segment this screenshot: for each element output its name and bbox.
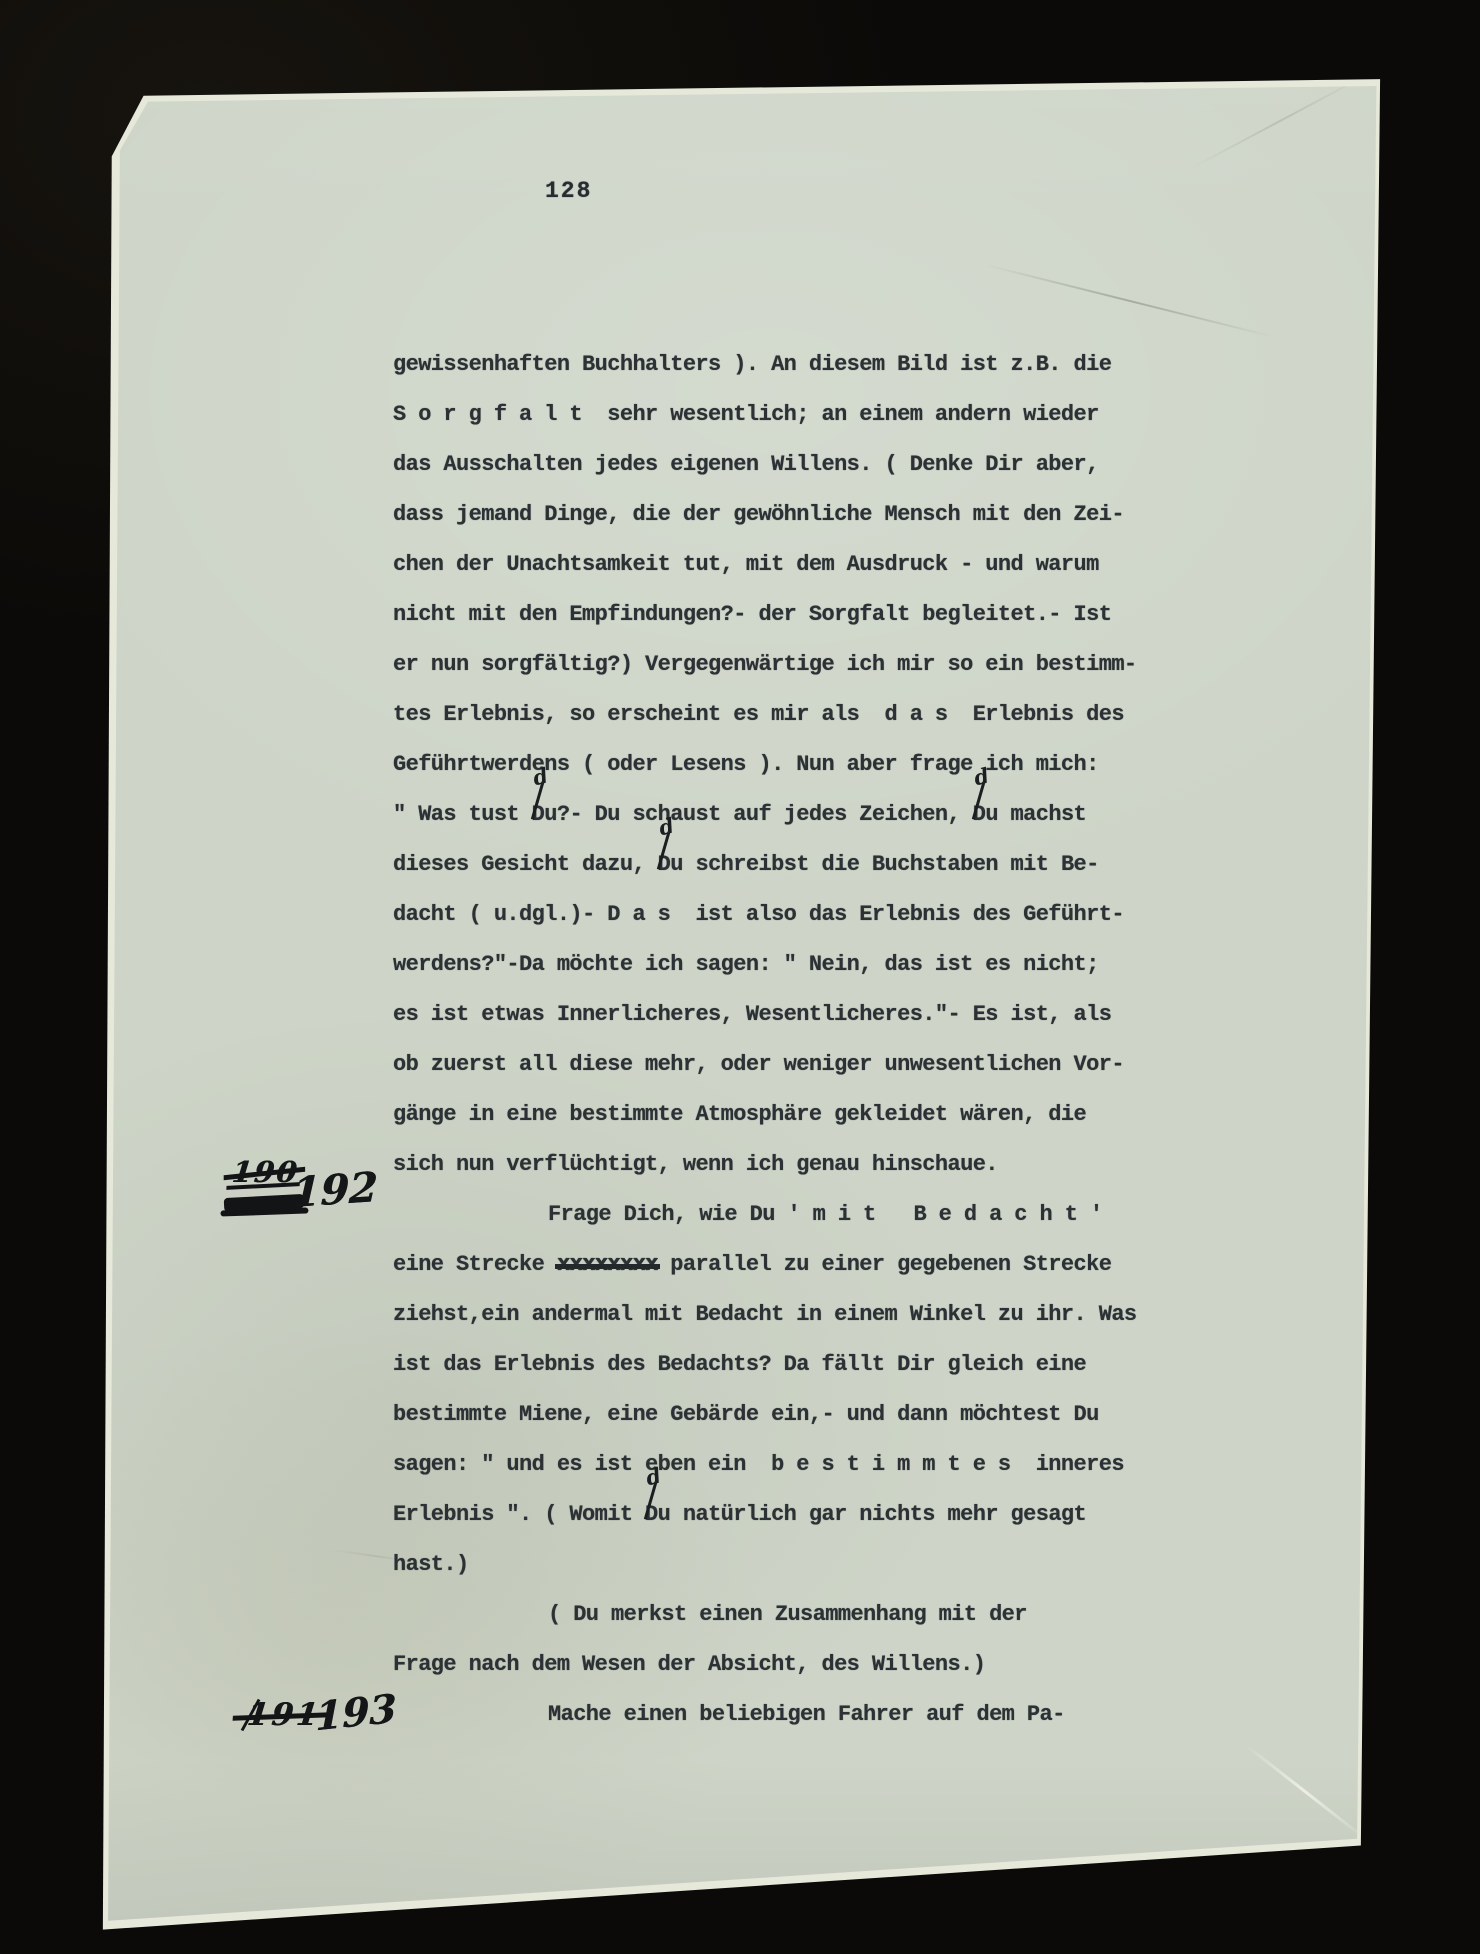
typescript-line: werdens?"-Da möchte ich sagen: " Nein, d… [393, 940, 1183, 990]
typescript-line: Frage Dich, wie Du ' m i t B e d a c h t… [393, 1190, 1183, 1240]
typed-text: Mache einen beliebigen Fahrer auf dem Pa… [548, 1702, 1065, 1727]
typed-text: ?- Du schaust auf jedes Zeichen, [557, 802, 973, 827]
typed-text: Frage Dich, wie Du ' m i t B e d a c h t… [548, 1202, 1103, 1227]
typed-text: Frage nach dem Wesen der Absicht, des Wi… [393, 1652, 985, 1677]
photo-of-typescript: 128 gewissenhaften Buchhalters ). An die… [0, 0, 1480, 1954]
typed-text: tes Erlebnis, so erscheint es mir als d … [393, 702, 1124, 727]
manuscript-page: 128 gewissenhaften Buchhalters ). An die… [0, 0, 1480, 1954]
typed-text: chen der Unachtsamkeit tut, mit dem Ausd… [393, 552, 1099, 577]
typescript-line: ist das Erlebnis des Bedachts? Da fällt … [393, 1340, 1183, 1390]
typed-text: hast.) [393, 1552, 469, 1577]
handwritten-correction-du: Dud [645, 1490, 670, 1540]
typescript-line: " Was tust Dud?- Du schaust auf jedes Ze… [393, 790, 1183, 840]
typed-over-deletion: xxxxxxxx [557, 1252, 658, 1277]
typed-text: er nun sorgfältig?) Vergegenwärtige ich … [393, 652, 1137, 677]
typescript-line: das Ausschalten jedes eigenen Willens. (… [393, 440, 1183, 490]
typescript-line: tes Erlebnis, so erscheint es mir als d … [393, 690, 1183, 740]
typed-text: ob zuerst all diese mehr, oder weniger u… [393, 1052, 1124, 1077]
typescript-line: ( Du merkst einen Zusammenhang mit der [393, 1590, 1183, 1640]
typed-text: schreibst die Buchstaben mit Be- [683, 852, 1099, 877]
handwritten-correction-du: Dud [658, 840, 683, 890]
typed-text: ( Du merkst einen Zusammenhang mit der [548, 1602, 1027, 1627]
paper-crease [984, 264, 1276, 339]
typed-text: dieses Gesicht dazu, [393, 852, 658, 877]
typescript-line: sagen: " und es ist eben ein b e s t i m… [393, 1440, 1183, 1490]
typed-text: Erlebnis ". ( Womit [393, 1502, 645, 1527]
typescript-line: dacht ( u.dgl.)- D a s ist also das Erle… [393, 890, 1183, 940]
typescript-body: gewissenhaften Buchhalters ). An diesem … [393, 340, 1183, 1740]
typescript-line: dass jemand Dinge, die der gewöhnliche M… [393, 490, 1183, 540]
typescript-line: S o r g f a l t sehr wesentlich; an eine… [393, 390, 1183, 440]
typed-text: gewissenhaften Buchhalters ). An diesem … [393, 352, 1111, 377]
typed-text: eine Strecke [393, 1252, 557, 1277]
typed-text: gänge in eine bestimmte Atmosphäre gekle… [393, 1102, 1086, 1127]
typescript-line: eine Strecke xxxxxxxx parallel zu einer … [393, 1240, 1183, 1290]
typescript-line: chen der Unachtsamkeit tut, mit dem Ausd… [393, 540, 1183, 590]
margin-old-number-crossed-out: 190 [230, 1158, 300, 1187]
typed-text: Geführtwerdens ( oder Lesens ). Nun aber… [393, 752, 1099, 777]
typed-text: natürlich gar nichts mehr gesagt [670, 1502, 1086, 1527]
typed-text: es ist etwas Innerlicheres, Wesentlicher… [393, 1002, 1111, 1027]
typescript-line: gänge in eine bestimmte Atmosphäre gekle… [393, 1090, 1183, 1140]
typed-text: " Was tust [393, 802, 532, 827]
typescript-line: er nun sorgfältig?) Vergegenwärtige ich … [393, 640, 1183, 690]
typescript-line: sich nun verflüchtigt, wenn ich genau hi… [393, 1140, 1183, 1190]
typescript-line: Frage nach dem Wesen der Absicht, des Wi… [393, 1640, 1183, 1690]
typescript-line: dieses Gesicht dazu, Dud schreibst die B… [393, 840, 1183, 890]
typescript-line: gewissenhaften Buchhalters ). An diesem … [393, 340, 1183, 390]
page-number: 128 [545, 178, 592, 204]
typescript-line: es ist etwas Innerlicheres, Wesentlicher… [393, 990, 1183, 1040]
typed-text: das Ausschalten jedes eigenen Willens. (… [393, 452, 1099, 477]
margin-old-number-crossed-out: 191 [245, 1700, 322, 1731]
handwritten-correction-du: Dud [532, 790, 557, 840]
handwritten-correction-du: Dud [973, 790, 998, 840]
typed-text: sich nun verflüchtigt, wenn ich genau hi… [393, 1152, 998, 1177]
typescript-line: Mache einen beliebigen Fahrer auf dem Pa… [393, 1690, 1183, 1740]
typescript-line: ob zuerst all diese mehr, oder weniger u… [393, 1040, 1183, 1090]
typed-text: bestimmte Miene, eine Gebärde ein,- und … [393, 1402, 1099, 1427]
typed-text: ziehst,ein andermal mit Bedacht in einem… [393, 1302, 1137, 1327]
typed-text: sagen: " und es ist eben ein b e s t i m… [393, 1452, 1124, 1477]
typed-text: dacht ( u.dgl.)- D a s ist also das Erle… [393, 902, 1124, 927]
typescript-line: Geführtwerdens ( oder Lesens ). Nun aber… [393, 740, 1183, 790]
typescript-line: ziehst,ein andermal mit Bedacht in einem… [393, 1290, 1183, 1340]
typed-text: machst [998, 802, 1086, 827]
typescript-line: Erlebnis ". ( Womit Dud natürlich gar ni… [393, 1490, 1183, 1540]
typed-text: S o r g f a l t sehr wesentlich; an eine… [393, 402, 1099, 427]
typescript-line: hast.) [393, 1540, 1183, 1590]
typed-text: ist das Erlebnis des Bedachts? Da fällt … [393, 1352, 1086, 1377]
margin-new-number: 193 [315, 1690, 396, 1738]
typescript-line: bestimmte Miene, eine Gebärde ein,- und … [393, 1390, 1183, 1440]
margin-new-number: 192 [291, 1167, 378, 1214]
typescript-line: nicht mit den Empfindungen?- der Sorgfal… [393, 590, 1183, 640]
typed-text: dass jemand Dinge, die der gewöhnliche M… [393, 502, 1124, 527]
typed-text: parallel zu einer gegebenen Strecke [658, 1252, 1112, 1277]
typed-text: nicht mit den Empfindungen?- der Sorgfal… [393, 602, 1111, 627]
typed-text: werdens?"-Da möchte ich sagen: " Nein, d… [393, 952, 1099, 977]
paper-crease [1245, 1744, 1365, 1839]
